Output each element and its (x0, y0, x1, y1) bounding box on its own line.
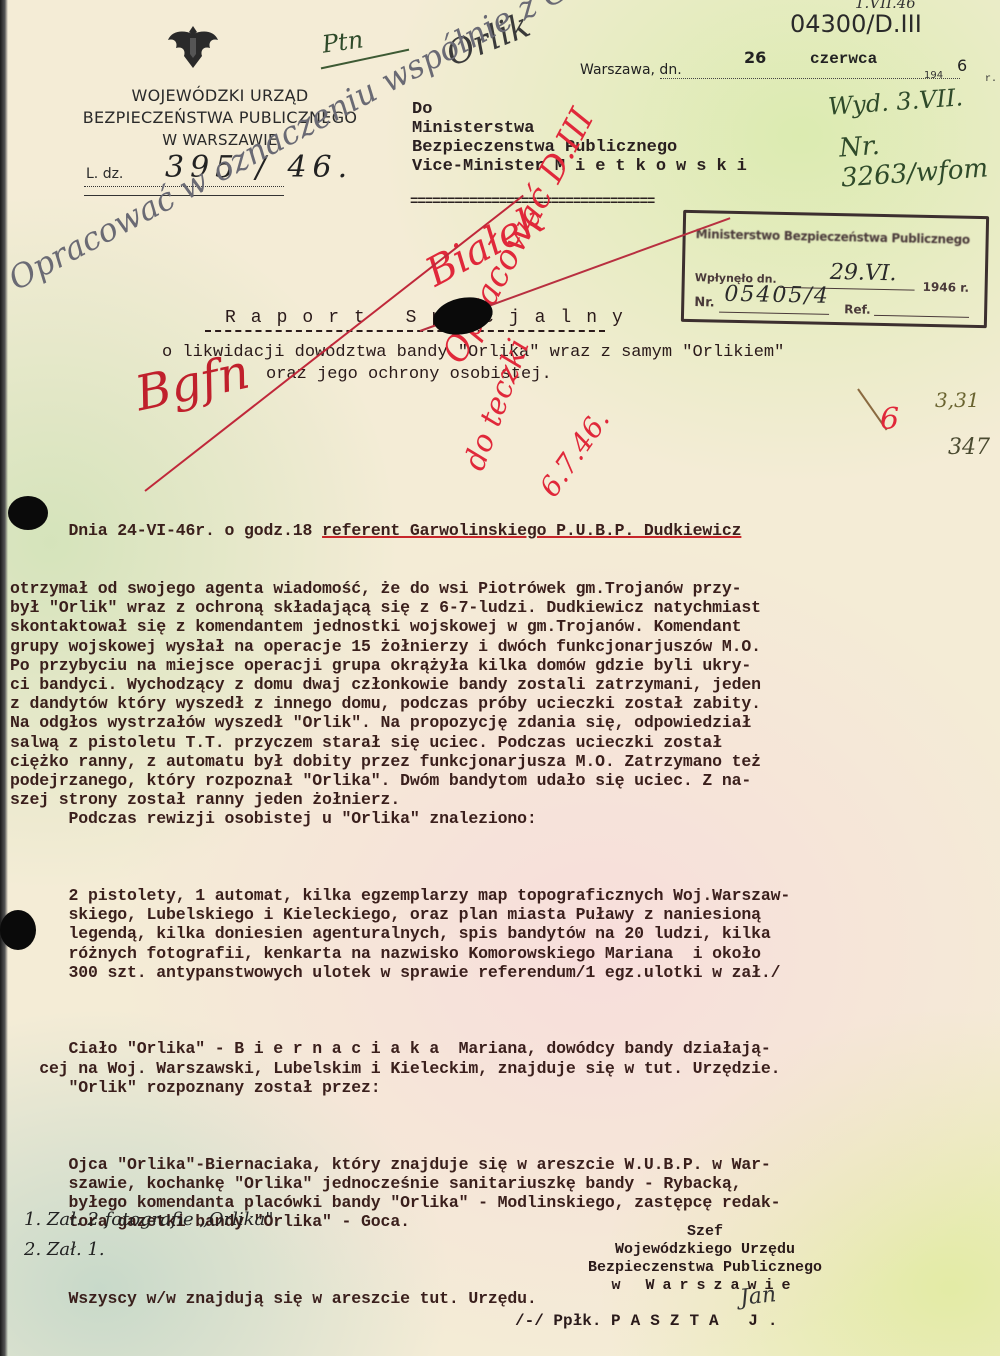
handwritten-dispatch-note: Wyd. 3.VII. (827, 83, 964, 120)
body-line: Ojca "Orlika"-Biernaciaka, który znajduj… (10, 1155, 1000, 1174)
report-body: Dnia 24-VI-46r. o godz.18 referent Garwo… (10, 483, 1000, 1327)
page-number-1: 3,31 (935, 388, 980, 412)
registry-number: 04300/D.III (790, 10, 922, 38)
red-signature-scrawl: Bgfn (130, 344, 254, 423)
signer-name: PASZTA J. (611, 1312, 787, 1330)
body-line: skiego, Lubelskiego i Kieleckiego, oraz … (10, 905, 1000, 924)
body-line: grupy wojskowej wysłał na operacje 15 żo… (10, 637, 1000, 656)
red-numeral: 6 (880, 402, 899, 437)
handwritten-initials: Ptn (320, 25, 365, 58)
body-line: Ciało "Orlika" - B i e r n a c i a k a M… (10, 1039, 1000, 1058)
body-line: otrzymał od swojego agenta wiadomość, że… (10, 579, 1000, 598)
body-line: był "Orlik" wraz z ochroną składającą si… (10, 598, 1000, 617)
paragraph-1: otrzymał od swojego agenta wiadomość, że… (10, 579, 1000, 829)
body-line: 300 szt. antypanstwowych ulotek w sprawi… (10, 963, 1000, 982)
stamp-header: Ministerstwo Bezpieczeństwa Publicznego (696, 227, 970, 247)
page-number-2: 347 (948, 435, 990, 460)
paragraph-items-found: 2 pistolety, 1 automat, kilka egzemplarz… (10, 886, 1000, 982)
body-line: skontaktował się z komendantem jednostki… (10, 617, 1000, 636)
stamp-received-date: 29.VI. (830, 260, 897, 286)
stamp-number-value: 05405/4 (724, 282, 830, 309)
body-line: Podczas rewizji osobistej u "Orlika" zna… (10, 809, 1000, 828)
date-day: 26 (744, 48, 766, 67)
signature-line-2: Wojewódzkiego Urzędu (545, 1241, 865, 1259)
body-line: Na odgłos wystrzałów wyszedł "Orlik". Na… (10, 713, 1000, 732)
signature-block: Szef Wojewódzkiego Urzędu Bezpieczenstwa… (545, 1223, 865, 1295)
body-line: z dandytów który wyszedł z innego domu, … (10, 694, 1000, 713)
signer-rank: /-/ Ppłk. (515, 1312, 601, 1330)
date-year-suffix: r. (985, 74, 997, 85)
signature-line-3: Bezpieczenstwa Publicznego (545, 1259, 865, 1277)
page-edge-shadow (0, 0, 8, 1356)
report-subtitle-line-2: oraz jego ochrony osobistej. (162, 364, 784, 386)
body-line: ciężko ranny, z automatu był dobity prze… (10, 752, 1000, 771)
stamp-ref-label: Ref. (844, 302, 871, 317)
attachments-list: 1. Zał. 2 fotografie „Orlika". 2. Zał. 1… (24, 1205, 279, 1265)
body-line: 2 pistolety, 1 automat, kilka egzemplarz… (10, 886, 1000, 905)
body-line: "Orlik" rozpoznany został przez: (10, 1078, 1000, 1097)
body-line: szej strony został ranny jeden żołnierz. (10, 790, 1000, 809)
stamp-number-line (719, 312, 829, 315)
date-year-prefix: 194 (924, 70, 943, 81)
body-line: cej na Woj. Warszawski, Lubelskim i Kiel… (10, 1059, 1000, 1078)
signature-line-1: Szef (545, 1223, 865, 1241)
paragraph-first-line: Dnia 24-VI-46r. o godz.18 referent Garwo… (10, 521, 1000, 540)
handwritten-signature: Jan (739, 1282, 778, 1311)
date-year-digit: 6 (957, 56, 967, 75)
stamp-ref-line (874, 315, 969, 318)
signature-line-4: w Warszawie (545, 1277, 865, 1295)
recipient-line-4: Vice-Minister Mietkowski (412, 157, 757, 176)
ldz-label: L. dz. (86, 166, 123, 182)
received-stamp: Ministerstwo Bezpieczeństwa Publicznego … (681, 210, 989, 328)
handwritten-dispatch-number: Nr. 3263/wfom (838, 122, 1000, 193)
paragraph-body: Ciało "Orlika" - B i e r n a c i a k a M… (10, 1039, 1000, 1097)
attachment-2: 2. Zał. 1. (24, 1235, 279, 1265)
date-dotted-line (660, 78, 960, 79)
body-line: ci bandyci. Wychodzący z domu dwaj człon… (10, 675, 1000, 694)
body-line: różnych fotografii, kenkarta na nazwisko… (10, 944, 1000, 963)
body-line: podejrzanego, który rozpoznał "Orlika". … (10, 771, 1000, 790)
body-line: Po przybyciu na miejsce operacji grupa o… (10, 656, 1000, 675)
date-month: czerwca (810, 50, 877, 68)
stamp-number-label: Nr. (694, 295, 715, 310)
body-line: legendą, kilka doniesien agenturalnych, … (10, 924, 1000, 943)
recipient-title: Vice-Minister (412, 157, 545, 176)
polish-eagle-emblem-icon (164, 22, 222, 72)
body-text: Dnia 24-VI-46r. o godz.18 (10, 521, 322, 540)
report-title-underline (205, 330, 605, 332)
recipient-name: Mietkowski (555, 157, 757, 176)
signer: /-/ Ppłk. PASZTA J. (515, 1312, 787, 1330)
underlined-text: referent Garwolinskiego P.U.B.P. Dudkiew… (322, 521, 741, 540)
place-label: Warszawa, dn. (580, 62, 682, 78)
body-line: salwą z pistoletu T.T. przyczem starał s… (10, 733, 1000, 752)
attachment-1: 1. Zał. 2 fotografie „Orlika". (24, 1205, 279, 1235)
stamp-year: 1946 r. (922, 280, 969, 295)
body-line: szawie, kochankę "Orlika" jednocześnie s… (10, 1174, 1000, 1193)
